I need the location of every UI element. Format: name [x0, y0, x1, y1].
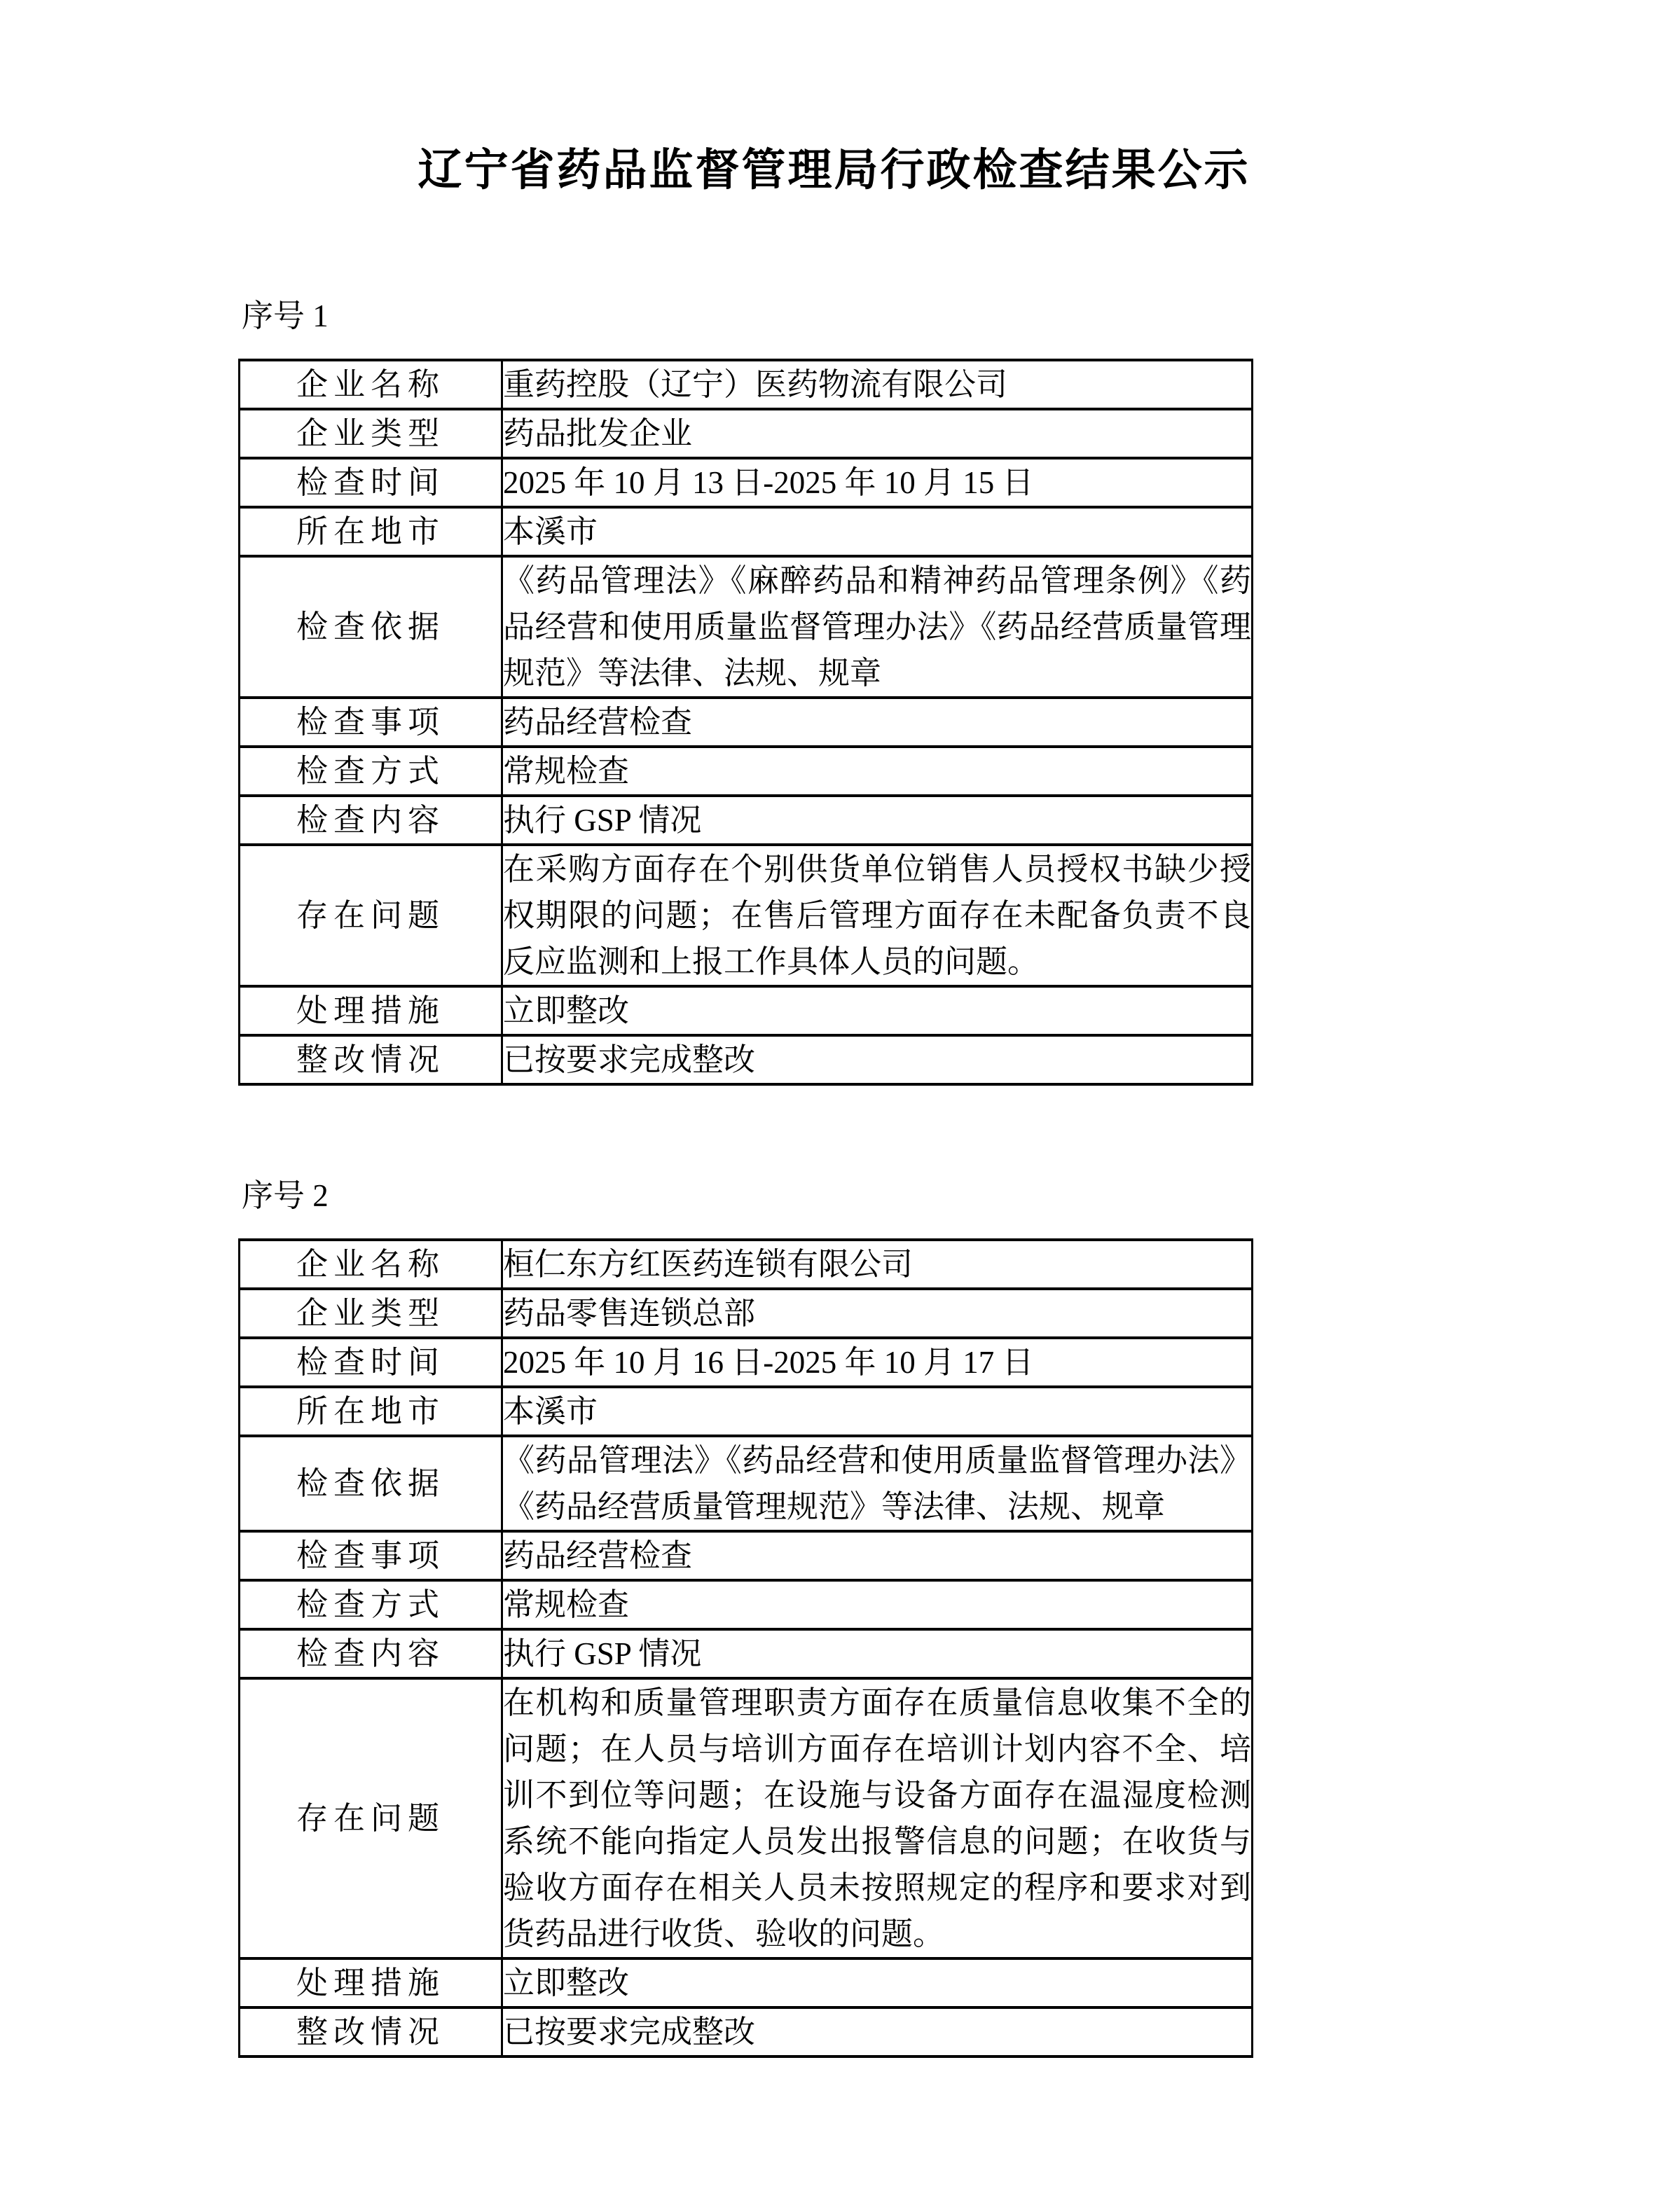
row-label-cell: 所在地市 — [240, 507, 502, 556]
table-row: 处理措施 立即整改 — [240, 986, 1253, 1035]
record-section-1: 序号 1 企业名称 重药控股（辽宁）医药物流有限公司 企业类型 药品批发企业 检… — [242, 296, 1458, 1086]
table-row: 所在地市 本溪市 — [240, 1387, 1253, 1436]
table-row: 企业类型 药品零售连锁总部 — [240, 1289, 1253, 1338]
table-row: 检查依据 《药品管理法》《药品经营和使用质量监督管理办法》《药品经营质量管理规范… — [240, 1436, 1253, 1531]
row-label-cell: 存在问题 — [240, 1678, 502, 1958]
row-label-cell: 存在问题 — [240, 845, 502, 986]
table-row: 企业名称 桓仁东方红医药连锁有限公司 — [240, 1240, 1253, 1289]
record-number: 序号 2 — [242, 1175, 1458, 1216]
row-label-cell: 检查内容 — [240, 796, 502, 845]
row-label-cell: 检查内容 — [240, 1629, 502, 1678]
table-row: 企业类型 药品批发企业 — [240, 409, 1253, 458]
row-value-cell: 在机构和质量管理职责方面存在质量信息收集不全的问题；在人员与培训方面存在培训计划… — [502, 1678, 1253, 1958]
row-value-cell: 2025 年 10 月 16 日-2025 年 10 月 17 日 — [502, 1338, 1253, 1387]
row-value-cell: 2025 年 10 月 13 日-2025 年 10 月 15 日 — [502, 458, 1253, 507]
row-value-cell: 药品零售连锁总部 — [502, 1289, 1253, 1338]
record-section-2: 序号 2 企业名称 桓仁东方红医药连锁有限公司 企业类型 药品零售连锁总部 检查… — [242, 1175, 1458, 2058]
row-value-cell: 药品批发企业 — [502, 409, 1253, 458]
row-label-cell: 所在地市 — [240, 1387, 502, 1436]
row-label-cell: 检查事项 — [240, 1531, 502, 1580]
row-label-cell: 企业类型 — [240, 1289, 502, 1338]
row-label-cell: 企业名称 — [240, 360, 502, 409]
table-row: 检查依据 《药品管理法》《麻醉药品和精神药品管理条例》《药品经营和使用质量监督管… — [240, 556, 1253, 698]
record-number: 序号 1 — [242, 296, 1458, 336]
row-label-cell: 整改情况 — [240, 2007, 502, 2057]
table-row: 所在地市 本溪市 — [240, 507, 1253, 556]
row-label-cell: 整改情况 — [240, 1035, 502, 1084]
row-value-cell: 常规检查 — [502, 747, 1253, 796]
row-value-cell: 《药品管理法》《药品经营和使用质量监督管理办法》《药品经营质量管理规范》等法律、… — [502, 1436, 1253, 1531]
row-value-cell: 药品经营检查 — [502, 698, 1253, 747]
row-label-cell: 企业名称 — [240, 1240, 502, 1289]
inspection-table-1: 企业名称 重药控股（辽宁）医药物流有限公司 企业类型 药品批发企业 检查时间 2… — [238, 359, 1253, 1086]
table-row: 整改情况 已按要求完成整改 — [240, 2007, 1253, 2057]
page-title: 辽宁省药品监督管理局行政检查结果公示 — [0, 0, 1668, 198]
row-label-cell: 检查依据 — [240, 556, 502, 698]
row-value-cell: 常规检查 — [502, 1580, 1253, 1629]
table-row: 整改情况 已按要求完成整改 — [240, 1035, 1253, 1084]
table-row: 处理措施 立即整改 — [240, 1958, 1253, 2007]
row-value-cell: 重药控股（辽宁）医药物流有限公司 — [502, 360, 1253, 409]
table-row: 检查内容 执行 GSP 情况 — [240, 796, 1253, 845]
table-row: 检查内容 执行 GSP 情况 — [240, 1629, 1253, 1678]
table-row: 检查事项 药品经营检查 — [240, 1531, 1253, 1580]
table-row: 检查时间 2025 年 10 月 13 日-2025 年 10 月 15 日 — [240, 458, 1253, 507]
table-row: 企业名称 重药控股（辽宁）医药物流有限公司 — [240, 360, 1253, 409]
row-value-cell: 已按要求完成整改 — [502, 2007, 1253, 2057]
row-value-cell: 在采购方面存在个别供货单位销售人员授权书缺少授权期限的问题；在售后管理方面存在未… — [502, 845, 1253, 986]
row-value-cell: 本溪市 — [502, 507, 1253, 556]
row-label-cell: 检查事项 — [240, 698, 502, 747]
row-value-cell: 《药品管理法》《麻醉药品和精神药品管理条例》《药品经营和使用质量监督管理办法》《… — [502, 556, 1253, 698]
table-row: 检查方式 常规检查 — [240, 1580, 1253, 1629]
row-value-cell: 立即整改 — [502, 986, 1253, 1035]
table-row: 检查时间 2025 年 10 月 16 日-2025 年 10 月 17 日 — [240, 1338, 1253, 1387]
row-value-cell: 执行 GSP 情况 — [502, 1629, 1253, 1678]
row-label-cell: 处理措施 — [240, 1958, 502, 2007]
row-value-cell: 本溪市 — [502, 1387, 1253, 1436]
row-value-cell: 执行 GSP 情况 — [502, 796, 1253, 845]
row-label-cell: 检查依据 — [240, 1436, 502, 1531]
table-row: 检查方式 常规检查 — [240, 747, 1253, 796]
row-value-cell: 桓仁东方红医药连锁有限公司 — [502, 1240, 1253, 1289]
row-label-cell: 检查方式 — [240, 1580, 502, 1629]
row-value-cell: 药品经营检查 — [502, 1531, 1253, 1580]
row-value-cell: 立即整改 — [502, 1958, 1253, 2007]
inspection-table-2: 企业名称 桓仁东方红医药连锁有限公司 企业类型 药品零售连锁总部 检查时间 20… — [238, 1238, 1253, 2058]
document-page: 辽宁省药品监督管理局行政检查结果公示 序号 1 企业名称 重药控股（辽宁）医药物… — [0, 0, 1668, 2212]
table-row: 检查事项 药品经营检查 — [240, 698, 1253, 747]
table-row: 存在问题 在机构和质量管理职责方面存在质量信息收集不全的问题；在人员与培训方面存… — [240, 1678, 1253, 1958]
row-value-cell: 已按要求完成整改 — [502, 1035, 1253, 1084]
row-label-cell: 检查时间 — [240, 1338, 502, 1387]
row-label-cell: 检查时间 — [240, 458, 502, 507]
table-row: 存在问题 在采购方面存在个别供货单位销售人员授权书缺少授权期限的问题；在售后管理… — [240, 845, 1253, 986]
row-label-cell: 检查方式 — [240, 747, 502, 796]
row-label-cell: 企业类型 — [240, 409, 502, 458]
row-label-cell: 处理措施 — [240, 986, 502, 1035]
